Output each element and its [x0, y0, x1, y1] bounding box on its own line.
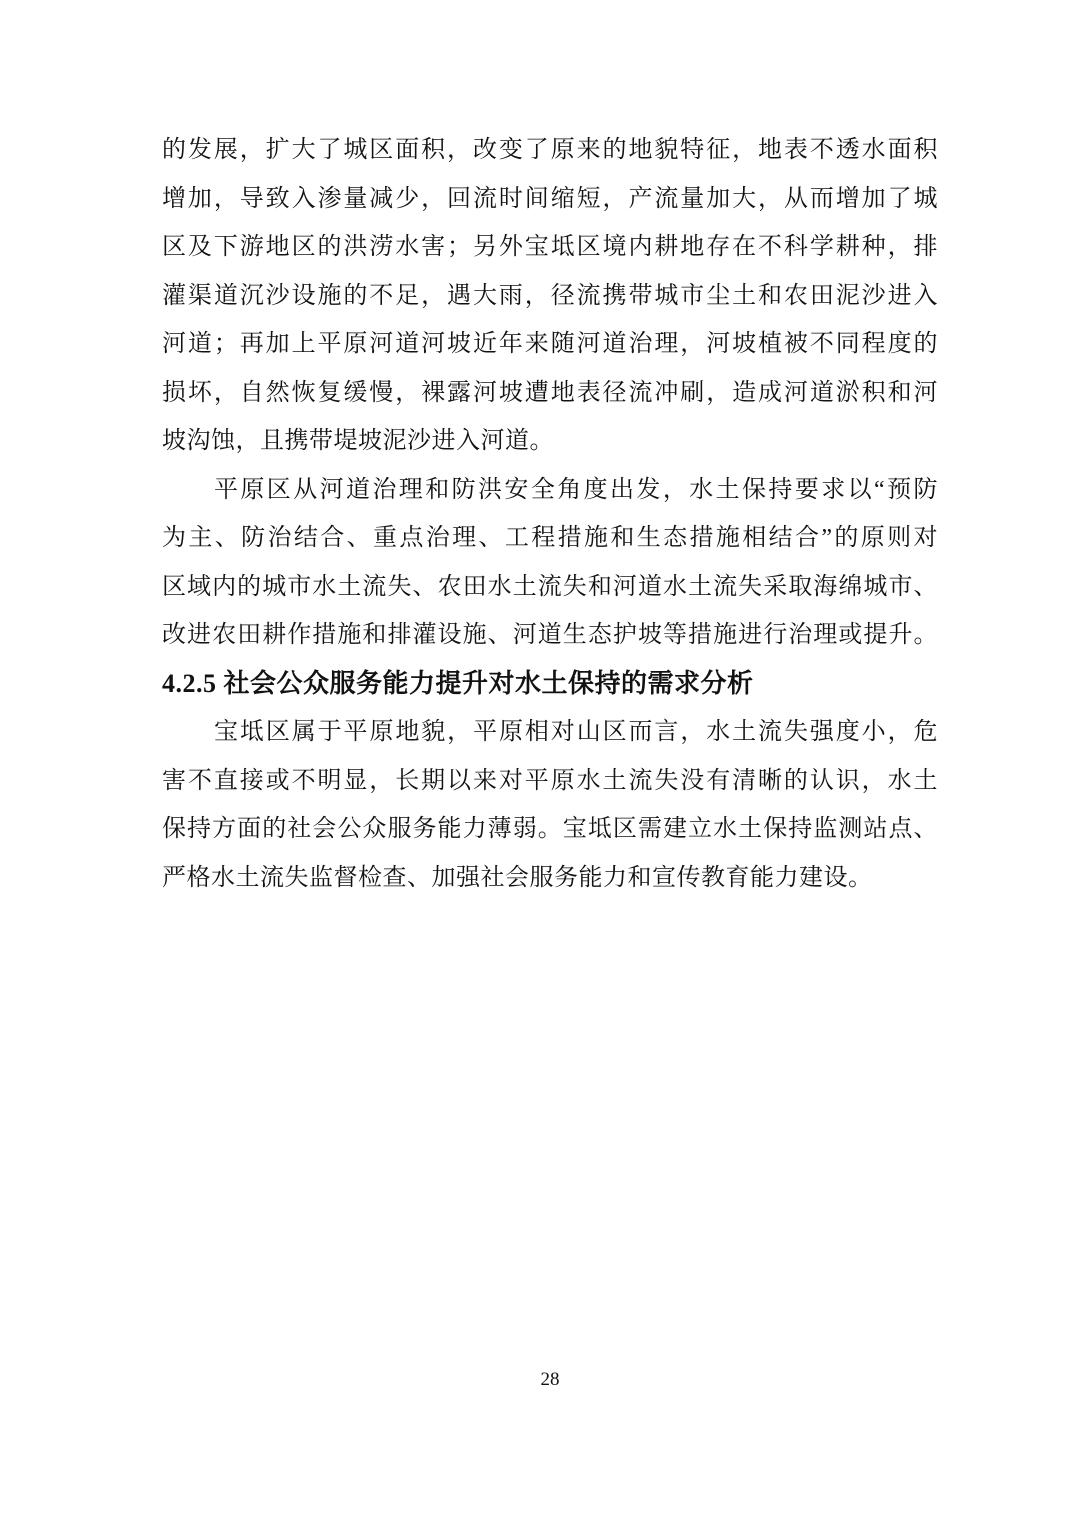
paragraph-public-service-needs: 宝坻区属于平原地貌，平原相对山区而言，水土流失强度小，危 害不直接或不明显，长期…	[162, 708, 938, 902]
document-page: 的发展，扩大了城区面积，改变了原来的地貌特征，地表不透水面积 增加，导致入渗量减…	[0, 0, 1074, 1520]
text-line: 保持方面的社会公众服务能力薄弱。宝坻区需建立水土保持监测站点、	[162, 805, 938, 854]
text-line: 灌渠道沉沙设施的不足，遇大雨，径流携带城市尘土和农田泥沙进入	[162, 272, 938, 321]
section-heading: 4.2.5 社会公众服务能力提升对水土保持的需求分析	[162, 660, 938, 709]
page-content: 的发展，扩大了城区面积，改变了原来的地貌特征，地表不透水面积 增加，导致入渗量减…	[162, 126, 938, 902]
text-line: 的发展，扩大了城区面积，改变了原来的地貌特征，地表不透水面积	[162, 126, 938, 175]
text-line: 为主、防治结合、重点治理、工程措施和生态措施相结合”的原则对	[162, 514, 938, 563]
text-line: 改进农田耕作措施和排灌设施、河道生态护坡等措施进行治理或提升。	[162, 611, 938, 660]
text-line: 害不直接或不明显，长期以来对平原水土流失没有清晰的认识，水土	[162, 757, 938, 806]
text-line: 区及下游地区的洪涝水害；另外宝坻区境内耕地存在不科学耕种，排	[162, 223, 938, 272]
text-line: 损坏，自然恢复缓慢，裸露河坡遭地表径流冲刷，造成河道淤积和河	[162, 369, 938, 418]
page-number: 28	[162, 1366, 938, 1394]
text-line: 平原区从河道治理和防洪安全角度出发，水土保持要求以“预防	[162, 466, 938, 515]
text-line: 宝坻区属于平原地貌，平原相对山区而言，水土流失强度小，危	[162, 708, 938, 757]
paragraph-plain-area-measures: 平原区从河道治理和防洪安全角度出发，水土保持要求以“预防 为主、防治结合、重点治…	[162, 466, 938, 660]
text-line: 坡沟蚀，且携带堤坡泥沙进入河道。	[162, 417, 938, 466]
text-line: 严格水土流失监督检查、加强社会服务能力和宣传教育能力建设。	[162, 854, 938, 903]
text-line: 增加，导致入渗量减少，回流时间缩短，产流量加大，从而增加了城	[162, 175, 938, 224]
text-line: 河道；再加上平原河道河坡近年来随河道治理，河坡植被不同程度的	[162, 320, 938, 369]
text-line: 区域内的城市水土流失、农田水土流失和河道水土流失采取海绵城市、	[162, 563, 938, 612]
paragraph-urban-flood-causes: 的发展，扩大了城区面积，改变了原来的地貌特征，地表不透水面积 增加，导致入渗量减…	[162, 126, 938, 466]
